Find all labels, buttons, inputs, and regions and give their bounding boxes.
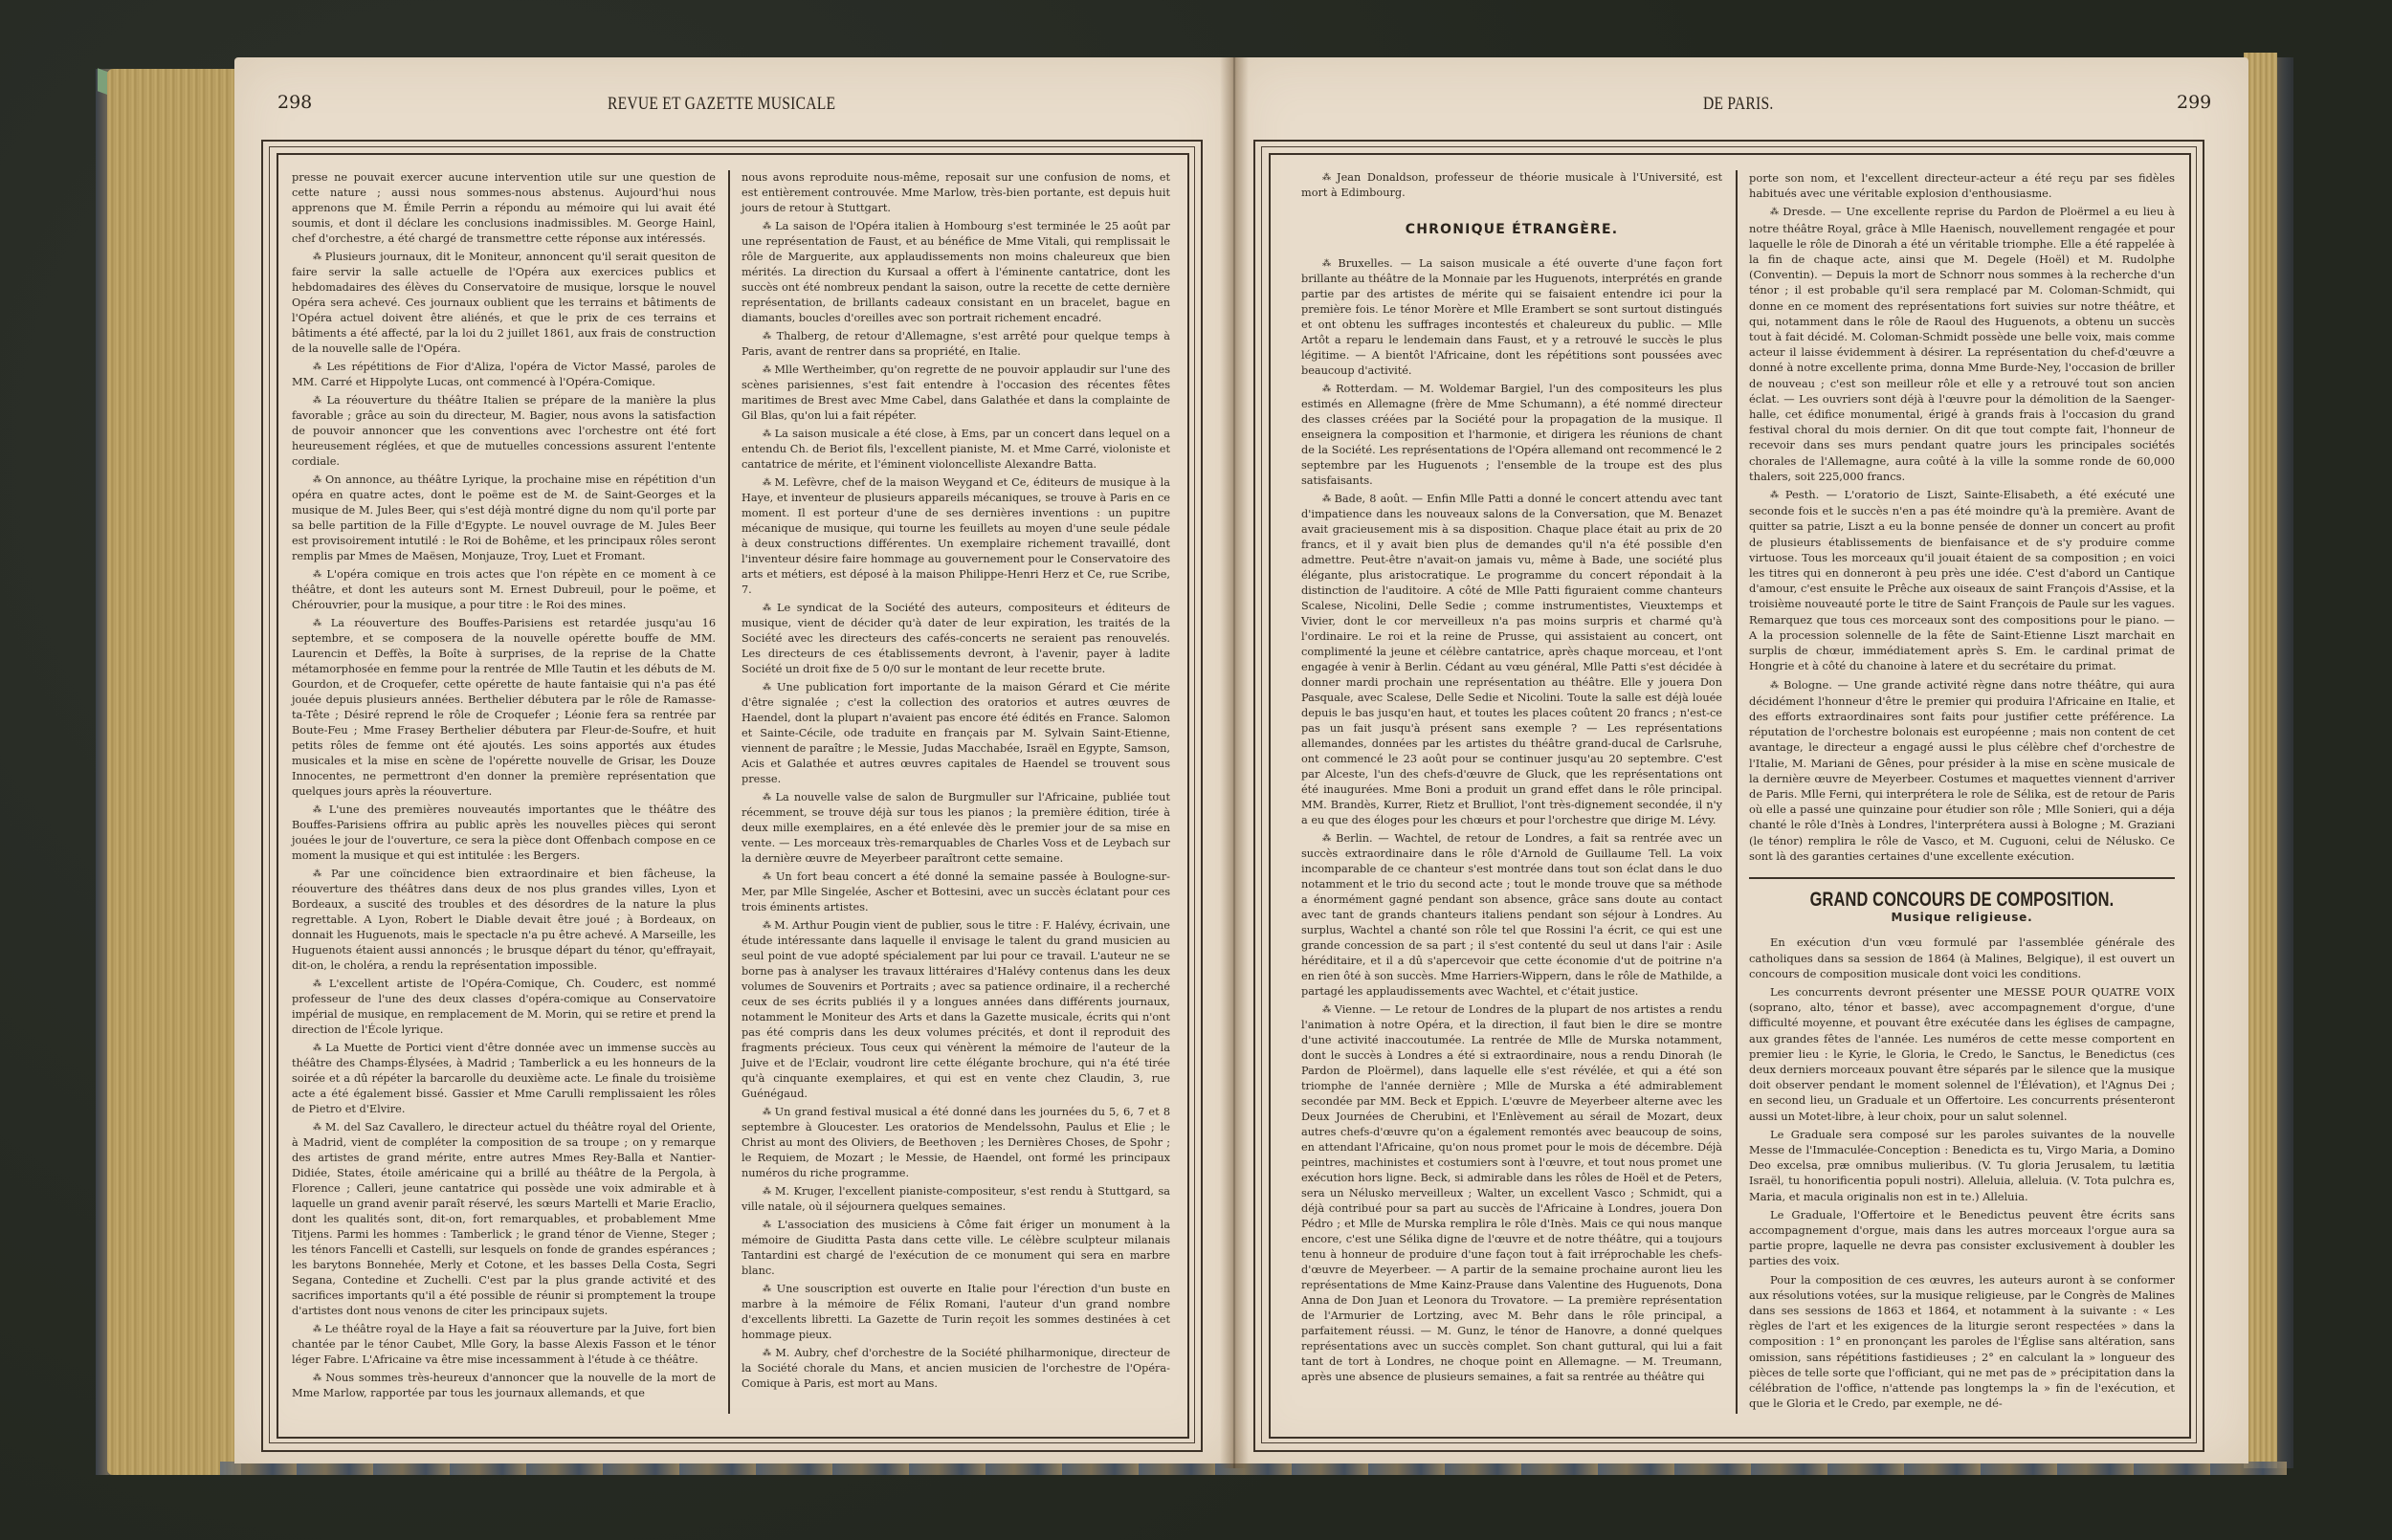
right-page-column-2: porte son nom, et l'excellent directeur-… bbox=[1749, 170, 2175, 1414]
article-paragraph: ⁂L'une des premières nouveautés importan… bbox=[292, 803, 716, 864]
article-paragraph: ⁂Vienne. — Le retour de Londres de la pl… bbox=[1301, 1002, 1722, 1385]
asterism-icon: ⁂ bbox=[763, 921, 770, 931]
article-paragraph: ⁂Le théâtre royal de la Haye a fait sa r… bbox=[292, 1322, 716, 1368]
right-page: DE PARIS. 299 ⁂Jean Donaldson, professeu… bbox=[1234, 57, 2248, 1463]
article-paragraph: ⁂Par une coïncidence bien extraordinaire… bbox=[292, 867, 716, 974]
left-page-column-2: nous avons reproduite nous-même, reposai… bbox=[742, 170, 1170, 1395]
running-head: REVUE ET GAZETTE MUSICALE bbox=[608, 94, 835, 115]
article-paragraph: ⁂M. del Saz Cavallero, le directeur actu… bbox=[292, 1120, 716, 1319]
article-paragraph: Pour la composition de ces œuvres, les a… bbox=[1749, 1272, 2175, 1412]
book-cover-bottom-edge bbox=[220, 1462, 2287, 1475]
asterism-icon: ⁂ bbox=[763, 1187, 771, 1197]
article-paragraph: ⁂Une souscription est ouverte en Italie … bbox=[742, 1282, 1170, 1343]
article-paragraph: ⁂L'opéra comique en trois actes que l'on… bbox=[292, 567, 716, 613]
asterism-icon: ⁂ bbox=[1322, 495, 1331, 504]
article-paragraph: ⁂M. Kruger, l'excellent pianiste-composi… bbox=[742, 1184, 1170, 1215]
article-paragraph: ⁂La saison musicale a été close, à Ems, … bbox=[742, 427, 1170, 473]
concours-title: GRAND CONCOURS DE COMPOSITION. bbox=[1796, 892, 2128, 908]
asterism-icon: ⁂ bbox=[763, 332, 773, 341]
asterism-icon: ⁂ bbox=[313, 1044, 321, 1053]
asterism-icon: ⁂ bbox=[313, 253, 321, 262]
article-paragraph: ⁂Rotterdam. — M. Woldemar Bargiel, l'un … bbox=[1301, 382, 1722, 489]
article-paragraph: ⁂Bade, 8 août. — Enfin Mlle Patti a donn… bbox=[1301, 492, 1722, 828]
article-paragraph: ⁂Un grand festival musical a été donné d… bbox=[742, 1105, 1170, 1181]
article-paragraph: ⁂M. Arthur Pougin vient de publier, sous… bbox=[742, 918, 1170, 1102]
asterism-icon: ⁂ bbox=[313, 570, 322, 580]
page-number: 299 bbox=[2177, 92, 2211, 113]
asterism-icon: ⁂ bbox=[1770, 208, 1779, 217]
column-rule bbox=[1736, 170, 1738, 1414]
article-paragraph: ⁂La réouverture des Bouffes-Parisiens es… bbox=[292, 616, 716, 800]
article-paragraph: ⁂Berlin. — Wachtel, de retour de Londres… bbox=[1301, 831, 1722, 1000]
article-paragraph: ⁂La saison de l'Opéra italien à Hombourg… bbox=[742, 219, 1170, 326]
asterism-icon: ⁂ bbox=[1322, 385, 1332, 394]
page-stack-right bbox=[2244, 53, 2277, 1468]
asterism-icon: ⁂ bbox=[763, 1349, 771, 1358]
asterism-icon: ⁂ bbox=[1322, 259, 1334, 269]
asterism-icon: ⁂ bbox=[313, 396, 323, 406]
article-paragraph: ⁂M. Aubry, chef d'orchestre de la Sociét… bbox=[742, 1346, 1170, 1392]
article-paragraph: En exécution d'un vœu formulé par l'asse… bbox=[1749, 935, 2175, 981]
article-paragraph: Le Graduale sera composé sur les paroles… bbox=[1749, 1127, 2175, 1204]
article-paragraph: Le Graduale, l'Offertoire et le Benedict… bbox=[1749, 1207, 2175, 1269]
article-paragraph: ⁂On annonce, au théâtre Lyrique, la proc… bbox=[292, 473, 716, 564]
asterism-icon: ⁂ bbox=[313, 805, 325, 815]
article-paragraph: ⁂L'excellent artiste de l'Opéra-Comique,… bbox=[292, 977, 716, 1038]
asterism-icon: ⁂ bbox=[763, 604, 773, 613]
section-divider bbox=[1749, 877, 2175, 879]
asterism-icon: ⁂ bbox=[763, 793, 772, 803]
article-paragraph: nous avons reproduite nous-même, reposai… bbox=[742, 170, 1170, 216]
asterism-icon: ⁂ bbox=[313, 869, 327, 879]
left-page: 298 REVUE ET GAZETTE MUSICALE presse ne … bbox=[234, 57, 1234, 1463]
article-paragraph: presse ne pouvait exercer aucune interve… bbox=[292, 170, 716, 247]
article-paragraph: ⁂L'association des musiciens à Côme fait… bbox=[742, 1218, 1170, 1279]
asterism-icon: ⁂ bbox=[1322, 173, 1333, 183]
article-paragraph: ⁂La Muette de Portici vient d'être donné… bbox=[292, 1041, 716, 1117]
article-paragraph: ⁂Bologne. — Une grande activité règne da… bbox=[1749, 677, 2175, 864]
asterism-icon: ⁂ bbox=[1770, 491, 1782, 500]
article-paragraph: ⁂La nouvelle valse de salon de Burgmulle… bbox=[742, 790, 1170, 867]
running-head: DE PARIS. bbox=[1703, 94, 1774, 115]
left-page-column-1: presse ne pouvait exercer aucune interve… bbox=[292, 170, 716, 1404]
chronique-articles: ⁂Bruxelles. — La saison musicale a été o… bbox=[1301, 256, 1722, 1385]
right-page-column-1: ⁂Jean Donaldson, professeur de théorie m… bbox=[1301, 170, 1722, 1388]
book-gutter bbox=[1220, 57, 1249, 1468]
article-paragraph: ⁂La réouverture du théâtre Italien se pr… bbox=[292, 393, 716, 470]
article-paragraph: ⁂Pesth. — L'oratorio de Liszt, Sainte-El… bbox=[1749, 487, 2175, 673]
asterism-icon: ⁂ bbox=[313, 979, 325, 989]
asterism-icon: ⁂ bbox=[763, 222, 771, 231]
column-rule bbox=[728, 170, 730, 1414]
asterism-icon: ⁂ bbox=[313, 619, 327, 628]
asterism-icon: ⁂ bbox=[313, 475, 321, 485]
article-paragraph: ⁂Plusieurs journaux, dit le Moniteur, an… bbox=[292, 250, 716, 357]
asterism-icon: ⁂ bbox=[763, 872, 772, 882]
asterism-icon: ⁂ bbox=[763, 1221, 774, 1230]
asterism-icon: ⁂ bbox=[763, 429, 771, 439]
asterism-icon: ⁂ bbox=[313, 363, 322, 372]
asterism-icon: ⁂ bbox=[763, 1285, 773, 1294]
asterism-icon: ⁂ bbox=[1322, 1005, 1331, 1015]
article-paragraph: ⁂Thalberg, de retour d'Allemagne, s'est … bbox=[742, 329, 1170, 360]
article-paragraph: ⁂Les répétitions de Fior d'Aliza, l'opér… bbox=[292, 360, 716, 390]
asterism-icon: ⁂ bbox=[313, 1123, 321, 1133]
section-title: CHRONIQUE ÉTRANGÈRE. bbox=[1301, 222, 1722, 237]
article-paragraph: ⁂Bruxelles. — La saison musicale a été o… bbox=[1301, 256, 1722, 379]
article-paragraph: ⁂Dresde. — Une excellente reprise du Par… bbox=[1749, 204, 2175, 484]
asterism-icon: ⁂ bbox=[763, 1108, 771, 1117]
article-paragraph: ⁂M. Lefèvre, chef de la maison Weygand e… bbox=[742, 475, 1170, 598]
chronique-articles-continued: porte son nom, et l'excellent directeur-… bbox=[1749, 170, 2175, 864]
asterism-icon: ⁂ bbox=[763, 365, 770, 375]
article-paragraph: Les concurrents devront présenter une ME… bbox=[1749, 984, 2175, 1124]
article-paragraph: ⁂Mlle Wertheimber, qu'on regrette de ne … bbox=[742, 363, 1170, 424]
obituary-note: ⁂Jean Donaldson, professeur de théorie m… bbox=[1301, 170, 1722, 201]
asterism-icon: ⁂ bbox=[1770, 681, 1780, 691]
concours-subtitle: Musique religieuse. bbox=[1749, 910, 2175, 925]
asterism-icon: ⁂ bbox=[763, 683, 773, 693]
article-paragraph: ⁂Le syndicat de la Société des auteurs, … bbox=[742, 601, 1170, 677]
article-paragraph: ⁂Nous sommes très-heureux d'annoncer que… bbox=[292, 1371, 716, 1401]
page-number: 298 bbox=[277, 92, 312, 113]
article-paragraph: ⁂Un fort beau concert a été donné la sem… bbox=[742, 869, 1170, 915]
asterism-icon: ⁂ bbox=[313, 1325, 321, 1334]
article-paragraph: porte son nom, et l'excellent directeur-… bbox=[1749, 170, 2175, 201]
asterism-icon: ⁂ bbox=[313, 1374, 321, 1383]
asterism-icon: ⁂ bbox=[763, 478, 770, 488]
article-paragraph: ⁂Une publication fort importante de la m… bbox=[742, 680, 1170, 787]
asterism-icon: ⁂ bbox=[1322, 834, 1332, 844]
page-stack-left bbox=[107, 69, 241, 1475]
concours-body: En exécution d'un vœu formulé par l'asse… bbox=[1749, 935, 2175, 1411]
